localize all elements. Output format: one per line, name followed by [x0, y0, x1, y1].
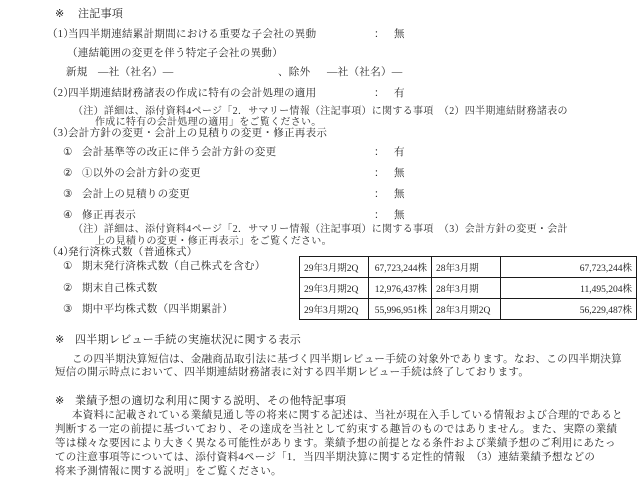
item3-sub4-text: 修正再表示	[82, 209, 136, 222]
item4-row1-label: 期末発行済株式数（自己株式を含む）	[82, 260, 266, 273]
item2-colon: ：	[374, 87, 385, 100]
row3-value1: 55,996,951株	[369, 299, 432, 320]
row3-period1: 29年3月期2Q	[300, 299, 369, 320]
forecast-marker: ※	[55, 395, 65, 408]
item1-scope-note: （連結範囲の変更を伴う特定子会社の異動）	[67, 47, 283, 60]
item3-sub1-text: 会計基準等の改正に伴う会計方針の変更	[82, 146, 276, 159]
review-marker: ※	[55, 334, 65, 347]
item3-sub2-value: 無	[394, 167, 405, 180]
item3-sub4-colon: ：	[374, 209, 385, 222]
item4-row3-marker: ③	[63, 303, 73, 316]
review-heading: 四半期レビュー手続の実施状況に関する表示	[75, 334, 301, 347]
item4-row1-marker: ①	[63, 260, 73, 273]
item3-sub3-marker: ③	[63, 188, 73, 201]
item3-sub3-colon: ：	[374, 188, 385, 201]
row3-value2: 56,229,487株	[501, 299, 637, 320]
item1-removal-label: 、除外	[278, 66, 310, 79]
row1-period1: 29年3月期2Q	[300, 257, 369, 278]
item2-value: 有	[394, 87, 405, 100]
document-page: ※ 注記事項 （1） 当四半期連結累計期間における重要な子会社の異動 ： 無 （…	[0, 0, 640, 499]
item3-sub4-marker: ④	[63, 209, 73, 222]
item1-value: 無	[394, 28, 405, 41]
notes-header-title: 注記事項	[78, 8, 123, 21]
item3-sub3-value: 無	[394, 188, 405, 201]
table-row: 29年3月期2Q 55,996,951株 28年3月期2Q 56,229,487…	[300, 299, 637, 320]
item4-text: 発行済株式数（普通株式）	[68, 246, 198, 259]
item4-row3-label: 期中平均株式数（四半期累計）	[82, 303, 233, 316]
shares-outstanding-table: 29年3月期2Q 67,723,244株 28年3月期 67,723,244株 …	[299, 256, 637, 320]
item1-new-value: ―社（社名）―	[98, 66, 174, 79]
item2-text: 四半期連結財務諸表の作成に特有の会計処理の適用	[68, 87, 316, 100]
item3-sub2-colon: ：	[374, 167, 385, 180]
row2-value1: 12,976,437株	[369, 278, 432, 299]
item3-sub2-marker: ②	[63, 167, 73, 180]
row2-period2: 28年3月期	[432, 278, 501, 299]
row2-value2: 11,495,204株	[501, 278, 637, 299]
forecast-line-1: 本資料に記載されている業績見通し等の将来に関する記述は、当社が現在入手している情…	[72, 409, 623, 422]
item3-sub3-text: 会計上の見積りの変更	[82, 188, 190, 201]
item3-sub1-colon: ：	[374, 146, 385, 159]
review-line-2: 短信の開示時点において、四半期連結財務諸表に対する四半期レビュー手続は終了してお…	[55, 366, 529, 379]
item3-sub2-text: ①以外の会計方針の変更	[82, 167, 201, 180]
row2-period1: 29年3月期2Q	[300, 278, 369, 299]
item1-removal-value: ―社（社名）―	[327, 66, 403, 79]
forecast-heading: 業績予想の適切な利用に関する説明、その他特記事項	[75, 395, 346, 408]
item3-text: 会計方針の変更・会計上の見積りの変更・修正再表示	[68, 127, 327, 140]
forecast-line-2: 判断する一定の前提に基づいており、その達成を当社として約束する趣旨のものではあり…	[55, 423, 617, 436]
row1-value1: 67,723,244株	[369, 257, 432, 278]
forecast-line-5: 将来予測情報に関する説明」をご覧ください。	[55, 465, 282, 478]
item4-row2-label: 期末自己株式数	[82, 282, 158, 295]
review-line-1: この四半期決算短信は、金融商品取引法に基づく四半期レビュー手続の対象外であります…	[72, 353, 622, 366]
item3-sub1-value: 有	[394, 146, 405, 159]
notes-header-marker: ※	[55, 8, 65, 21]
row1-period2: 28年3月期	[432, 257, 501, 278]
forecast-line-4: ての注意事項等については、添付資料4ページ「1．当四半期決算に関する定性的情報 …	[55, 451, 595, 464]
item1-new-label: 新規	[66, 66, 88, 79]
item3-sub4-value: 無	[394, 209, 405, 222]
item3-sub1-marker: ①	[63, 146, 73, 159]
item1-text: 当四半期連結累計期間における重要な子会社の異動	[68, 28, 316, 41]
table-row: 29年3月期2Q 12,976,437株 28年3月期 11,495,204株	[300, 278, 637, 299]
forecast-line-3: 等は様々な要因により大きく異なる可能性があります。業績予想の前提となる条件および…	[55, 437, 616, 450]
item1-colon: ：	[374, 28, 385, 41]
item4-row2-marker: ②	[63, 282, 73, 295]
table-row: 29年3月期2Q 67,723,244株 28年3月期 67,723,244株	[300, 257, 637, 278]
row3-period2: 28年3月期2Q	[432, 299, 501, 320]
row1-value2: 67,723,244株	[501, 257, 637, 278]
